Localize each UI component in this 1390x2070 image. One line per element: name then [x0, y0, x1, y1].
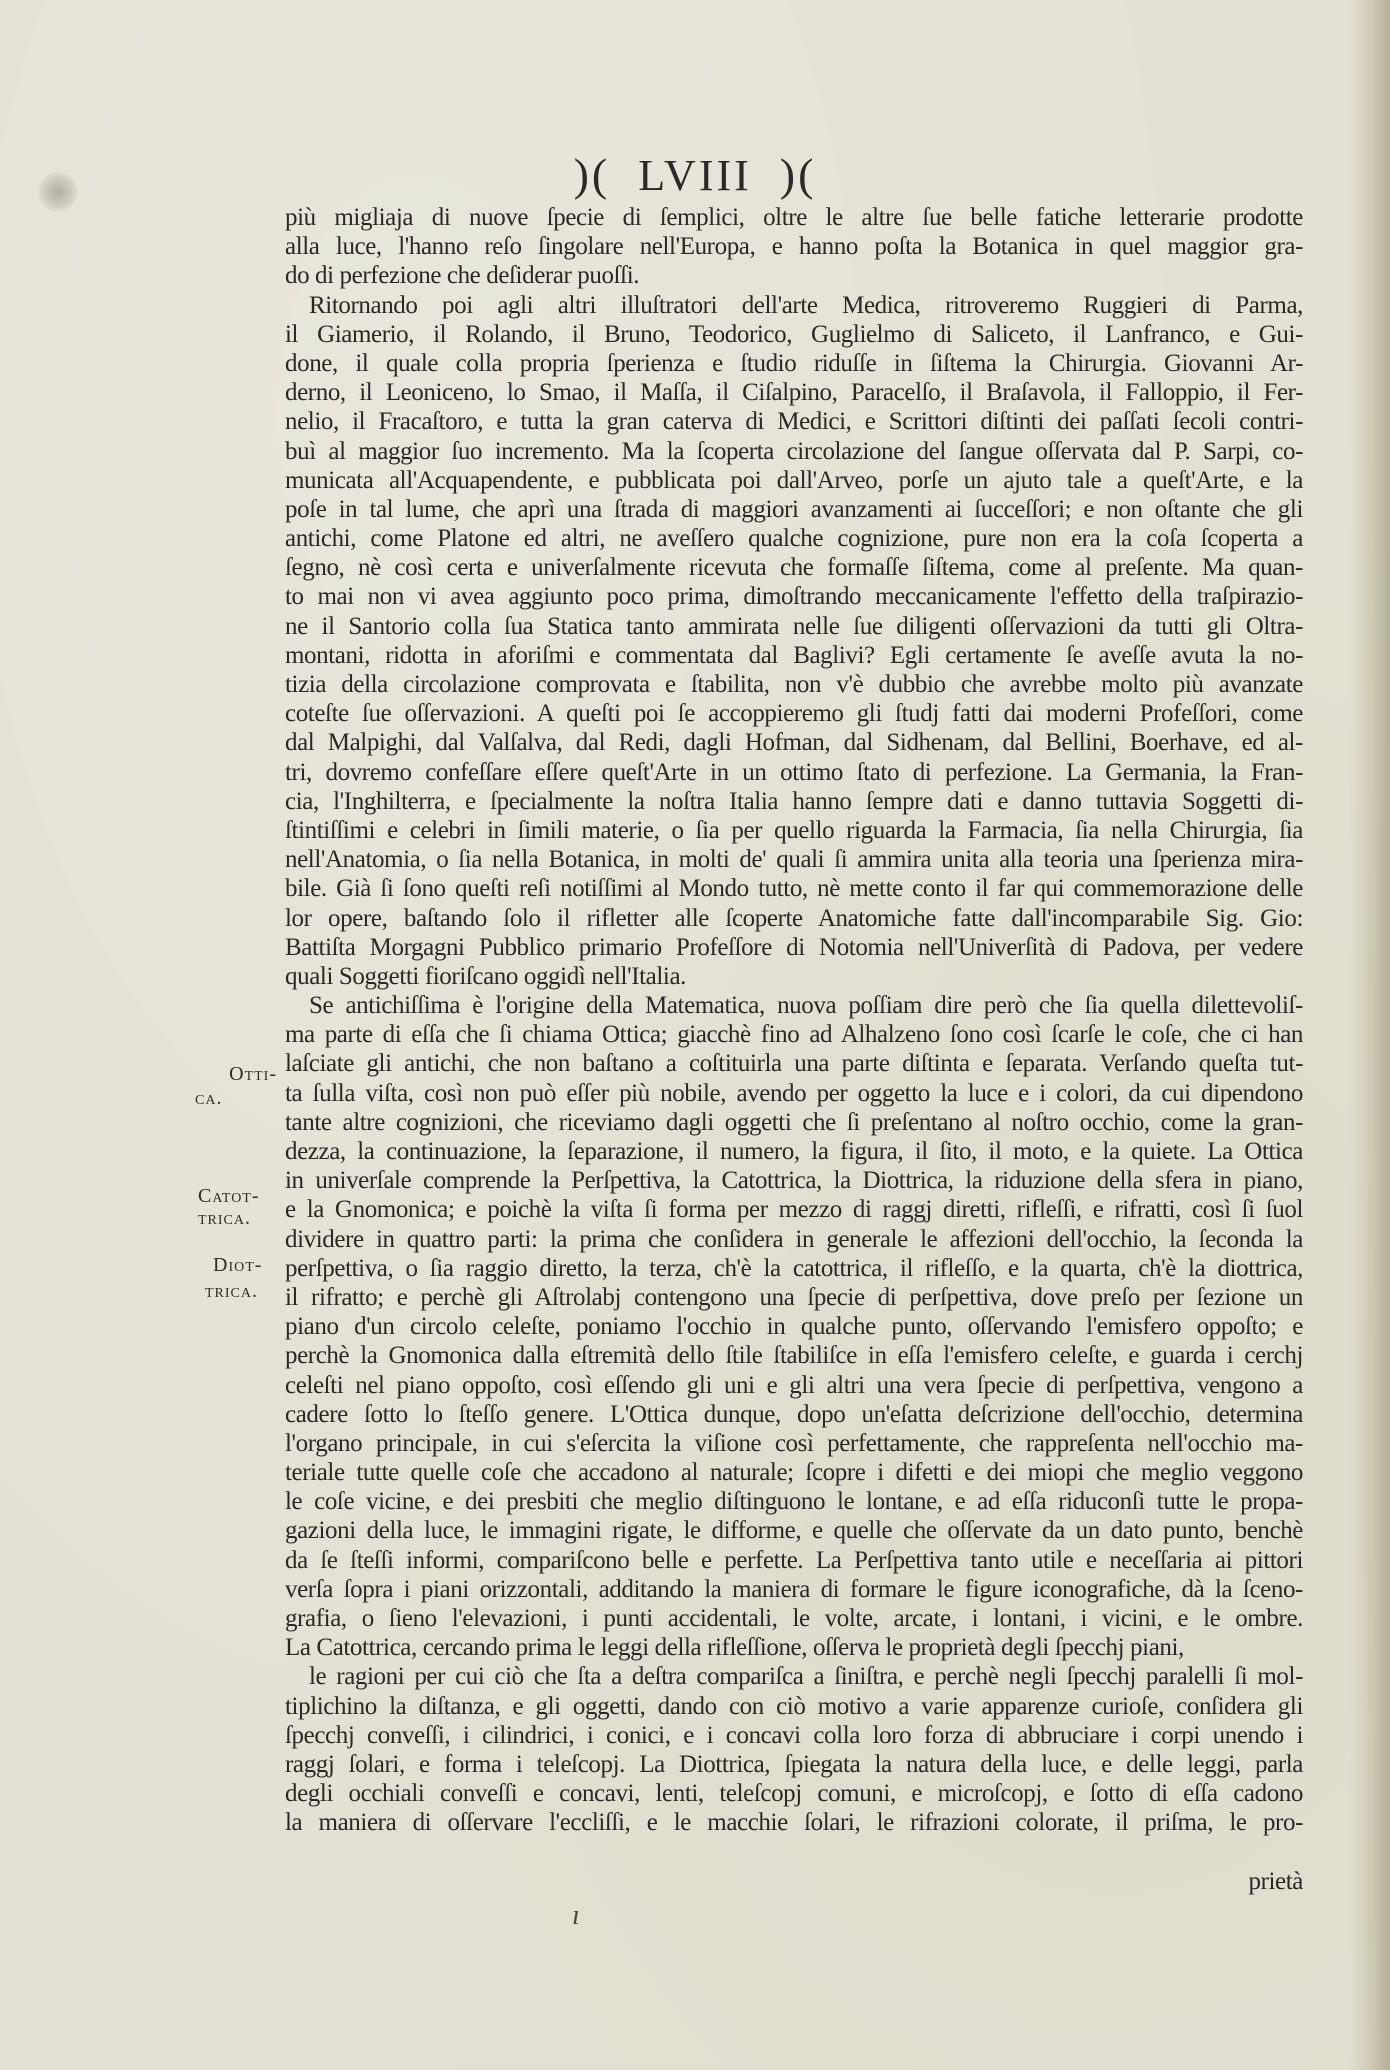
marginal-note-line: trica.: [198, 1206, 282, 1230]
text-line: perchè la Gnomonica dalla eſtremità dell…: [285, 1341, 1303, 1370]
text-line: e la Gnomonica; e poichè la viſta ſi for…: [285, 1195, 1303, 1224]
text-line: le ragioni per cui ciò che ſta a deſtra …: [285, 1662, 1303, 1691]
text-line: da ſe ſteſſi informi, compariſcono belle…: [285, 1546, 1303, 1575]
text-line: celeſti nel piano oppoſto, così eſſendo …: [285, 1371, 1303, 1400]
text-line: più migliaja di nuove ſpecie di ſemplici…: [285, 203, 1303, 232]
text-line: Battiſta Morgagni Pubblico primario Prof…: [285, 933, 1303, 962]
text-line: degli occhiali conveſſi e concavi, lenti…: [285, 1779, 1303, 1808]
text-line: ſegno, nè così certa e univerſalmente ri…: [285, 553, 1303, 582]
text-line: do di perfezione che deſiderar puoſſi.: [285, 261, 1303, 290]
text-line: montani, ridotta in aforiſmi e commentat…: [285, 641, 1303, 670]
text-line: antichi, come Platone ed altri, ne aveſſ…: [285, 524, 1303, 553]
text-line: laſciate gli antichi, che non baſtano a …: [285, 1049, 1303, 1078]
text-line: l'organo principale, in cui s'eſercita l…: [285, 1429, 1303, 1458]
catchword: prietà: [285, 1867, 1303, 1896]
text-line: le coſe vicine, e dei presbiti che megli…: [285, 1487, 1303, 1516]
marginal-note-diottrica: Diot- trica.: [205, 1253, 285, 1303]
text-line: cia, l'Inghilterra, e ſpecialmente la no…: [285, 787, 1303, 816]
page-edge-shadow: [1350, 0, 1390, 2070]
text-line: dezza, la continuazione, la ſeparazione,…: [285, 1137, 1303, 1166]
marginal-note-line: trica.: [205, 1279, 285, 1303]
text-line: perſpettiva, o ſia raggio diretto, la te…: [285, 1254, 1303, 1283]
running-head: )( LVIII )(: [0, 148, 1390, 201]
text-line: poſe in tal lume, che aprì una ſtrada di…: [285, 495, 1303, 524]
page-number: LVIII: [638, 151, 752, 200]
text-line: grafia, o ſieno l'elevazioni, i punti ac…: [285, 1604, 1303, 1633]
text-line: nell'Anatomia, o ſia nella Botanica, in …: [285, 845, 1303, 874]
text-line: ſtintiſſimi e celebri in ſimili materie,…: [285, 816, 1303, 845]
text-line: ne il Santorio colla ſua Statica tanto a…: [285, 612, 1303, 641]
text-line: tri, dovremo confeſſare eſſere queſt'Art…: [285, 758, 1303, 787]
ornament-right: )(: [780, 149, 817, 200]
text-line: ta ſulla viſta, così non può eſſer più n…: [285, 1079, 1303, 1108]
text-line: ma parte di eſſa che ſi chiama Ottica; g…: [285, 1020, 1303, 1049]
text-line: quali Soggetti fioriſcano oggidì nell'It…: [285, 962, 1303, 991]
text-line: coteſte ſue oſſervazioni. A queſti poi ſ…: [285, 699, 1303, 728]
text-line: tiplichino la diſtanza, e gli oggetti, d…: [285, 1692, 1303, 1721]
text-line: nelio, il Fracaſtoro, e tutta la gran ca…: [285, 407, 1303, 436]
text-line: cadere ſotto lo ſteſſo genere. L'Ottica …: [285, 1400, 1303, 1429]
marginal-note-line: Otti-: [215, 1062, 277, 1086]
text-line: tizia della circolazione comprovata e ſt…: [285, 670, 1303, 699]
text-line: piano d'un circolo celeſte, poniamo l'oc…: [285, 1312, 1303, 1341]
text-line: dal Malpighi, dal Valſalva, dal Redi, da…: [285, 728, 1303, 757]
text-line: buì al maggior ſuo incremento. Ma la ſco…: [285, 437, 1303, 466]
text-line: bile. Già ſi ſono queſti reſi notiſſimi …: [285, 874, 1303, 903]
signature-mark: ı: [572, 1900, 580, 1932]
text-line: tante altre cognizioni, che riceviamo da…: [285, 1108, 1303, 1137]
text-line: municata all'Acquapendente, e pubblicata…: [285, 466, 1303, 495]
text-line: Ritornando poi agli altri illuſtratori d…: [285, 291, 1303, 320]
marginal-note-line: ca.: [195, 1086, 277, 1110]
text-line: derno, il Leoniceno, lo Smao, il Maſſa, …: [285, 378, 1303, 407]
text-line: La Catottrica, cercando prima le leggi d…: [285, 1633, 1303, 1662]
text-line: teriale tutte quelle coſe che accadono a…: [285, 1458, 1303, 1487]
text-line: raggj ſolari, e forma i teleſcopj. La Di…: [285, 1750, 1303, 1779]
text-line: Se antichiſſima è l'origine della Matema…: [285, 991, 1303, 1020]
text-line: alla luce, l'hanno reſo ſingolare nell'E…: [285, 232, 1303, 261]
marginal-note-catottrica: Catot- trica.: [198, 1184, 282, 1230]
ornament-left: )(: [574, 149, 611, 200]
text-line: in univerſale comprende la Perſpettiva, …: [285, 1166, 1303, 1195]
text-line: dividere in quattro parti: la prima che …: [285, 1225, 1303, 1254]
text-line: il rifratto; e perchè gli Aſtrolabj cont…: [285, 1283, 1303, 1312]
text-line: lor opere, baſtando ſolo il rifletter al…: [285, 904, 1303, 933]
marginal-note-line: Diot-: [205, 1253, 285, 1277]
text-line: il Giamerio, il Rolando, il Bruno, Teodo…: [285, 320, 1303, 349]
marginal-note-ottica: Otti- ca.: [215, 1062, 277, 1110]
text-line: [285, 1838, 1303, 1867]
body-text: più migliaja di nuove ſpecie di ſemplici…: [285, 203, 1303, 1896]
text-line: to mai non vi avea aggiunto poco prima, …: [285, 582, 1303, 611]
text-line: la maniera di oſſervare l'eccliſſi, e le…: [285, 1808, 1303, 1837]
text-line: done, il quale colla propria ſperienza e…: [285, 349, 1303, 378]
text-line: ſpecchj conveſſi, i cilindrici, i conici…: [285, 1721, 1303, 1750]
marginal-note-line: Catot-: [198, 1184, 282, 1208]
text-line: gazioni della luce, le immagini rigate, …: [285, 1516, 1303, 1545]
text-line: verſa ſopra i piani orizzontali, additan…: [285, 1575, 1303, 1604]
